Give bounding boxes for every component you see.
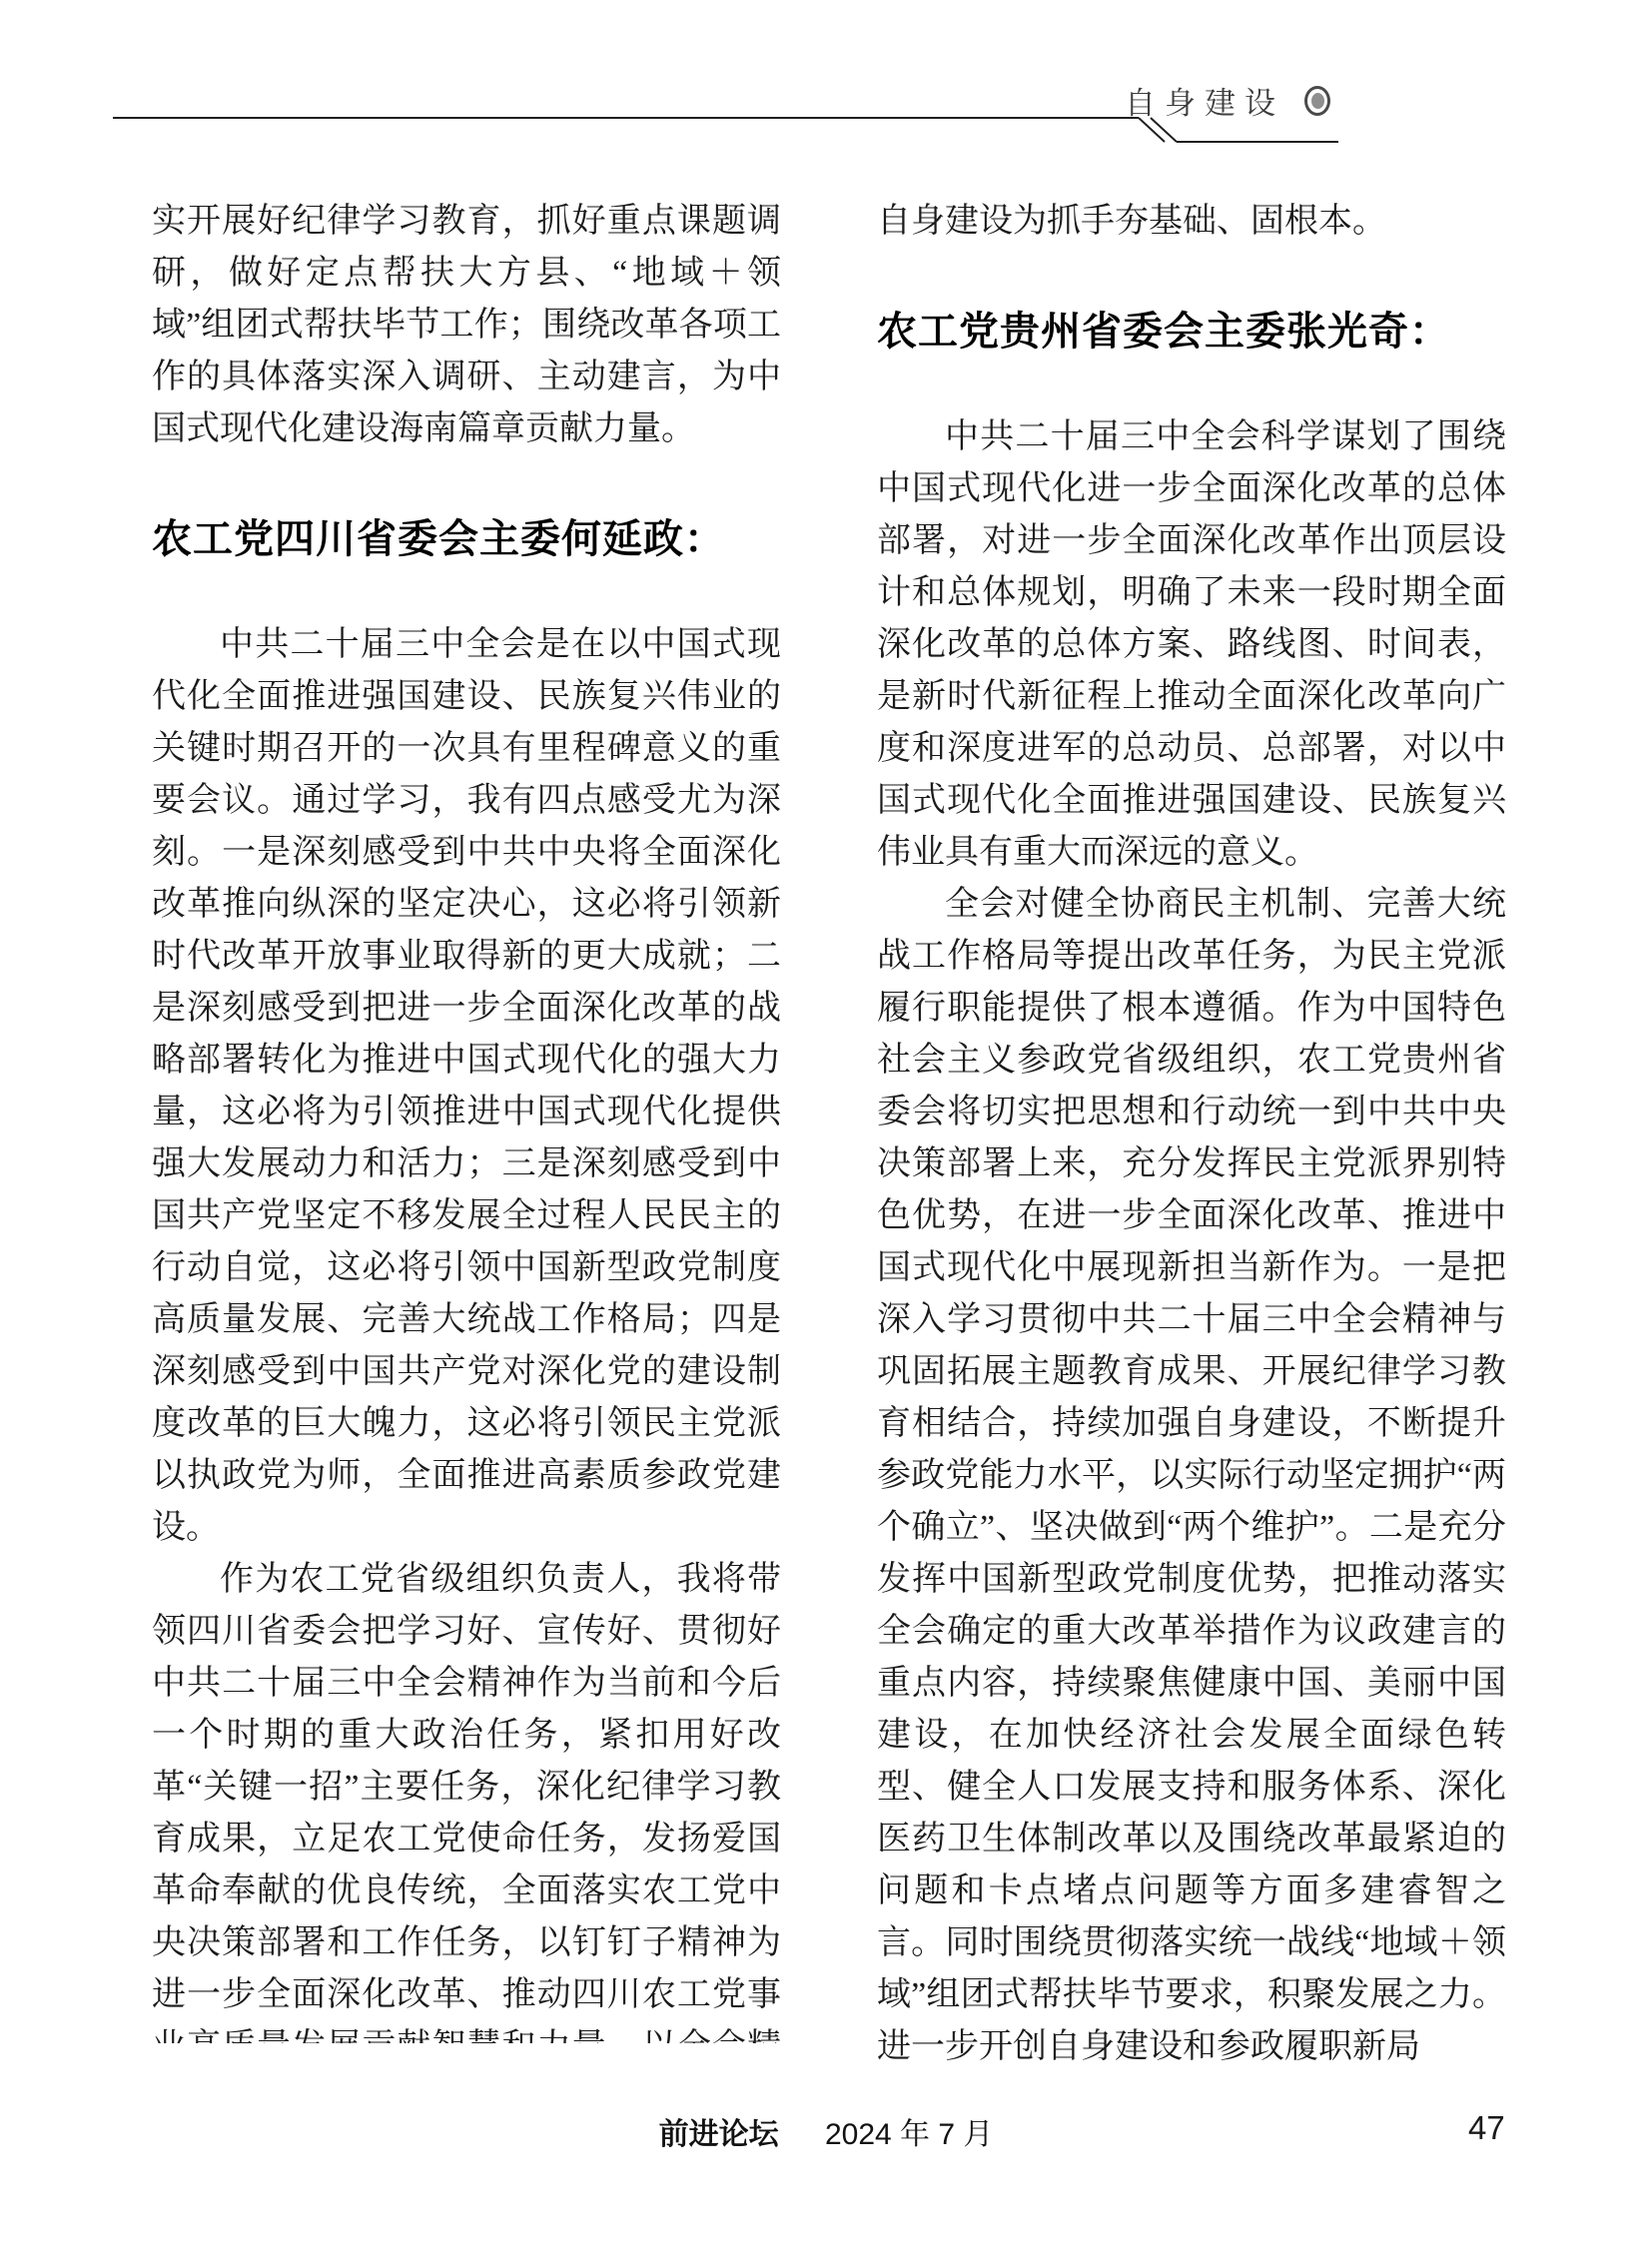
body-paragraph: 中共二十届三中全会是在以中国式现代化全面推进强国建设、民族复兴伟业的关键时期召开… — [152, 619, 781, 1554]
issue-date: 2024 年 7 月 — [825, 2118, 993, 2151]
continuation-paragraph: 自身建设为抓手夯基础、固根本。 — [877, 196, 1506, 248]
header-rule — [0, 0, 1652, 170]
body-paragraph: 全会对健全协商民主机制、完善大统战工作格局等提出改革任务，为民主党派履行职能提供… — [877, 879, 1506, 2073]
page-footer: 前进论坛 2024 年 7 月 — [0, 2109, 1652, 2153]
page-number: 47 — [1468, 2109, 1505, 2147]
body-paragraph: 作为农工党省级组织负责人，我将带领四川省委会把学习好、宣传好、贯彻好中共二十届三… — [152, 1554, 781, 2043]
journal-name: 前进论坛 — [659, 2118, 779, 2151]
bullseye-icon-dot — [1311, 93, 1324, 109]
section-label: 自身建设 — [1125, 78, 1284, 123]
right-column: 自身建设为抓手夯基础、固根本。 农工党贵州省委会主委张光奇： 中共二十届三中全会… — [877, 196, 1506, 2073]
left-column: 实开展好纪律学习教育，抓好重点课题调研，做好定点帮扶大方县、“地域＋领域”组团式… — [152, 196, 781, 2043]
continuation-paragraph: 实开展好纪律学习教育，抓好重点课题调研，做好定点帮扶大方县、“地域＋领域”组团式… — [152, 196, 781, 455]
bullseye-icon — [1304, 86, 1330, 116]
body-paragraph: 中共二十届三中全会科学谋划了围绕中国式现代化进一步全面深化改革的总体部署，对进一… — [877, 411, 1506, 879]
magazine-page: 自身建设 实开展好纪律学习教育，抓好重点课题调研，做好定点帮扶大方县、“地域＋领… — [0, 0, 1652, 2242]
section-heading-heyanzheng: 农工党四川省委会主委何延政： — [152, 515, 781, 563]
section-heading-zhangguangqi: 农工党贵州省委会主委张光奇： — [877, 308, 1506, 356]
